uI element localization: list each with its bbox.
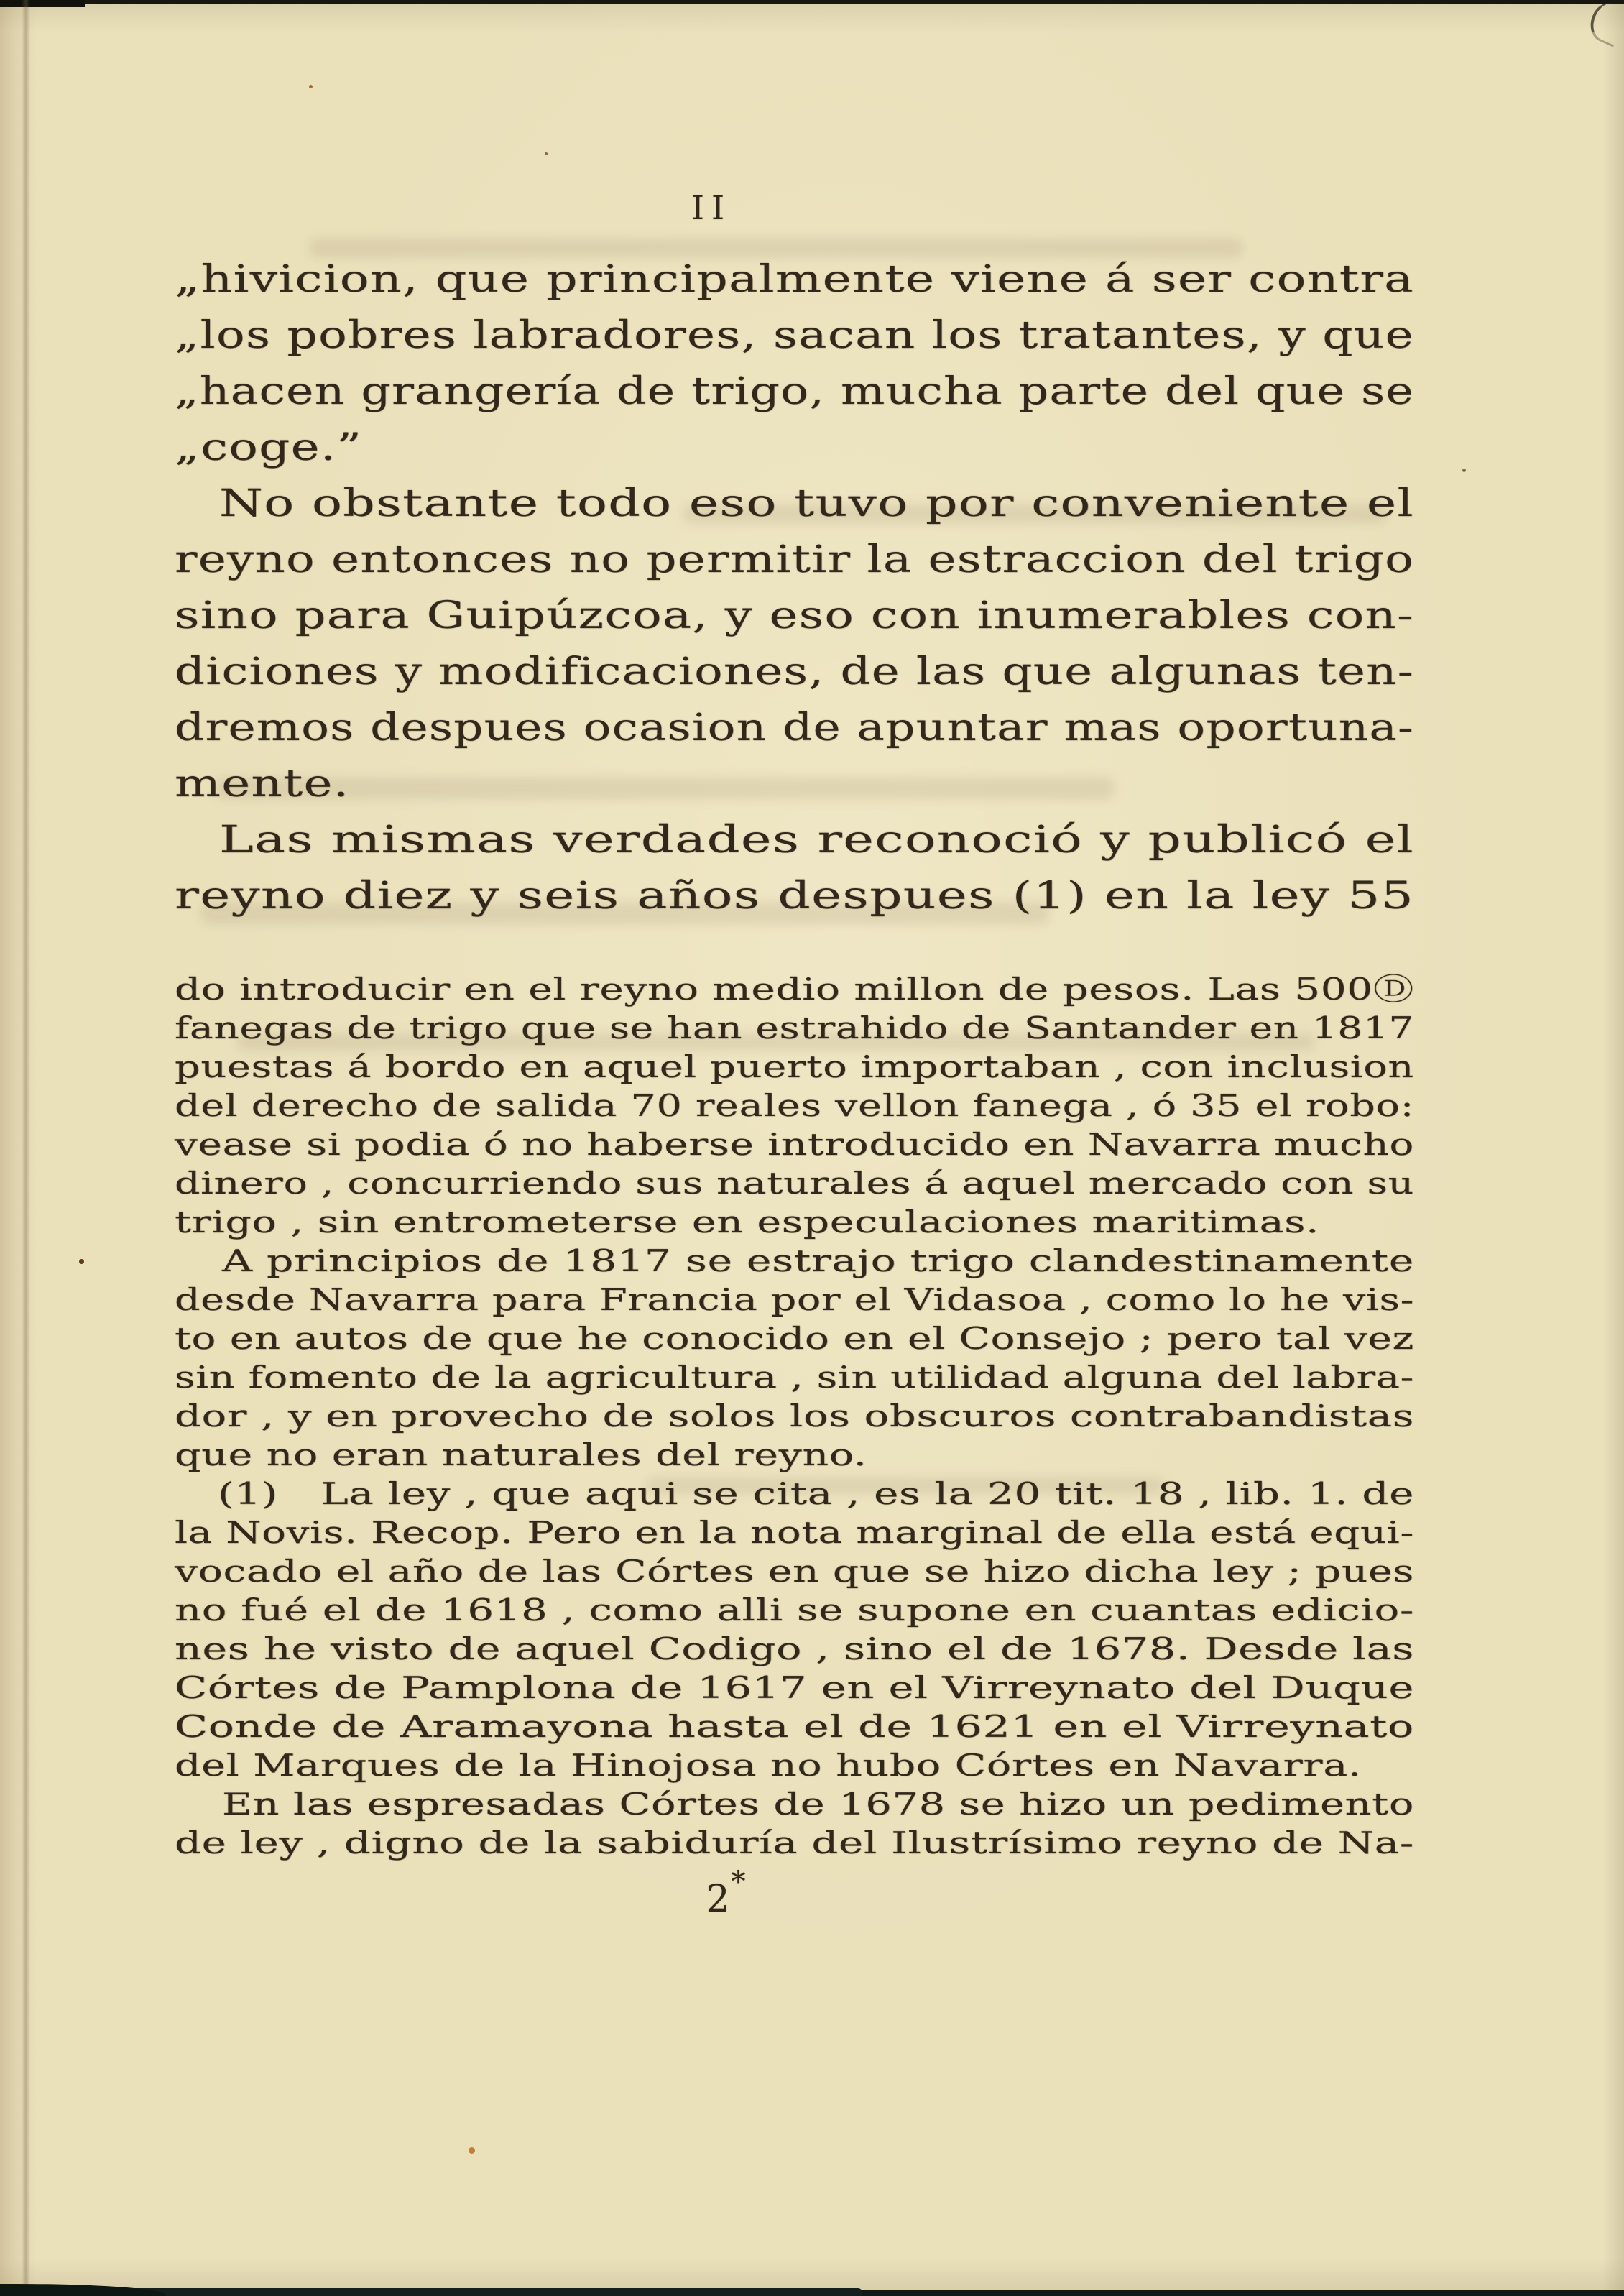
text-line: sin fomento de la agricultura , sin util…: [175, 1358, 1414, 1397]
page-edge-bottom-wedge: [0, 2284, 165, 2296]
text-line: No obstante todo eso tuvo por convenient…: [175, 476, 1414, 532]
text-line: reyno entonces no permitir la estraccion…: [175, 532, 1414, 588]
foxing-speck: [1462, 469, 1466, 472]
text-line: (1) La ley , que aqui se cita , es la 20…: [175, 1475, 1414, 1513]
page-edge-top-left: [0, 0, 85, 7]
signature-number: 2: [706, 1878, 729, 1921]
text-line: del Marques de la Hinojosa no hubo Córte…: [175, 1746, 1414, 1785]
text-line: no fué el de 1618 , como alli se supone …: [175, 1591, 1414, 1630]
signature-star: *: [732, 1866, 746, 1899]
page-number: II: [632, 188, 790, 227]
text-line: do introducir en el reyno medio millon d…: [175, 970, 1414, 1009]
text-line: mente.: [175, 756, 1414, 812]
text-line: reyno diez y seis años despues (1) en la…: [175, 868, 1414, 924]
text-line: A principios de 1817 se estrajo trigo cl…: [175, 1242, 1414, 1281]
text-line: nes he visto de aquel Codigo , sino el d…: [175, 1630, 1414, 1669]
text-line: fanegas de trigo que se han estrahido de…: [175, 1009, 1414, 1048]
text-line: que no eran naturales del reyno.: [175, 1436, 1414, 1475]
text-line: „hacen grangería de trigo, mucha parte d…: [175, 364, 1414, 420]
footnote-block: do introducir en el reyno medio millon d…: [175, 970, 1414, 1863]
signature-mark: 2*: [650, 1866, 801, 1921]
text-line: puestas á bordo en aquel puerto importab…: [175, 1048, 1414, 1087]
text-line: dor , y en provecho de solos los obscuro…: [175, 1397, 1414, 1436]
text-line: En las espresadas Córtes de 1678 se hizo…: [175, 1785, 1414, 1824]
text-line: dremos despues ocasion de apuntar mas op…: [175, 700, 1414, 756]
foxing-speck: [309, 85, 313, 88]
foxing-speck: [79, 1259, 84, 1264]
page-edge-top: [0, 0, 1624, 4]
text-line: vease si podia ó no haberse introducido …: [175, 1125, 1414, 1164]
text-line: sino para Guipúzcoa, y eso con inumerabl…: [175, 588, 1414, 644]
text-line: „los pobres labradores, sacan los tratan…: [175, 308, 1414, 364]
text-line: Conde de Aramayona hasta el de 1621 en e…: [175, 1707, 1414, 1746]
text-line: vocado el año de las Córtes en que se hi…: [175, 1552, 1414, 1591]
text-line: Las mismas verdades reconoció y publicó …: [175, 812, 1414, 868]
binding-shadow: [22, 0, 30, 2296]
text-line: de ley , digno de la sabiduría del Ilust…: [175, 1824, 1414, 1863]
text-line: diciones y modificaciones, de las que al…: [175, 644, 1414, 700]
text-line: „coge.”: [175, 420, 1414, 476]
text-line: „hivicion, que principalmente viene á se…: [175, 252, 1414, 308]
text-line: la Novis. Recop. Pero en la nota margina…: [175, 1513, 1414, 1552]
text-line: to en autos de que he conocido en el Con…: [175, 1319, 1414, 1358]
foxing-speck: [469, 2147, 475, 2154]
text-line: del derecho de salida 70 reales vellon f…: [175, 1087, 1414, 1125]
text-line: dinero , concurriendo sus naturales á aq…: [175, 1164, 1414, 1203]
foxing-speck: [545, 152, 548, 155]
main-text-block: „hivicion, que principalmente viene á se…: [175, 252, 1414, 924]
text-line: Córtes de Pamplona de 1617 en el Virreyn…: [175, 1669, 1414, 1707]
text-line: trigo , sin entrometerse en especulacion…: [175, 1203, 1414, 1242]
text-line: desde Navarra para Francia por el Vidaso…: [175, 1281, 1414, 1319]
book-page-scan: II „hivicion, que principalmente viene á…: [0, 0, 1624, 2296]
paper-fiber: [1584, 0, 1624, 47]
